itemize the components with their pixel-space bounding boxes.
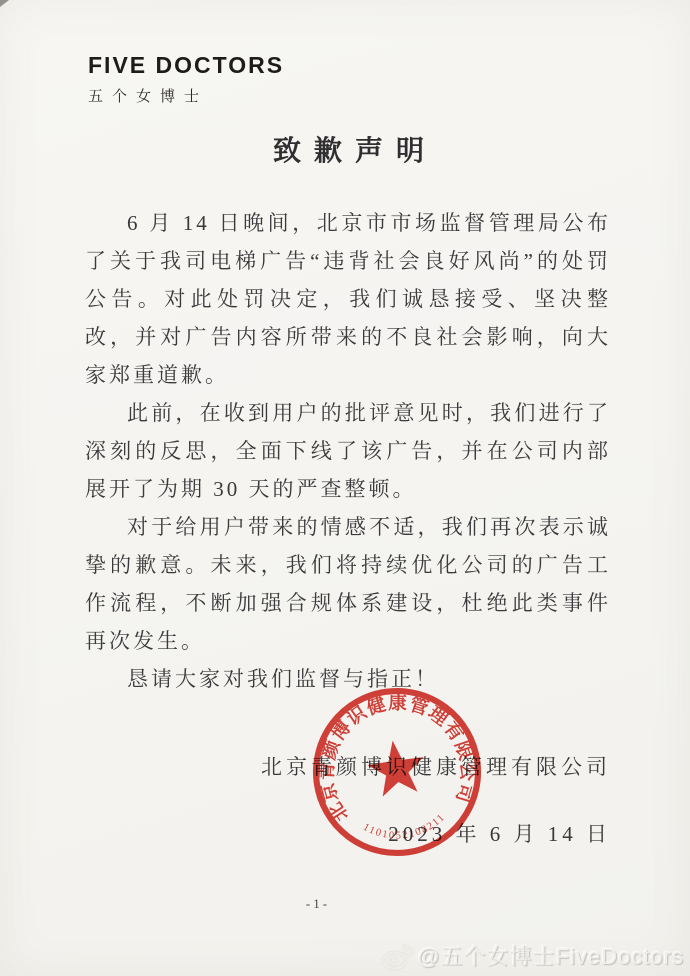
weibo-icon [382, 942, 414, 970]
scan-artifact-corner [0, 0, 9, 7]
signature-block: 北京青颜博识健康管理有限公司 2023 年 6 月 14 日 [261, 751, 611, 848]
signature-company: 北京青颜博识健康管理有限公司 [261, 751, 611, 781]
watermark-text: @五个女博士FiveDoctors [417, 940, 684, 971]
brand-logo-en: FIVE DOCTORS [88, 52, 284, 79]
statement-body: 6 月 14 日晚间，北京市市场监督管理局公布了关于我司电梯广告“违背社会良好风… [85, 204, 611, 698]
paragraph-3: 对于给用户带来的情感不适，我们再次表示诚挚的歉意。未来，我们将持续优化公司的广告… [85, 508, 611, 660]
document-page: FIVE DOCTORS 五个女博士 致歉声明 6 月 14 日晚间，北京市市场… [0, 0, 690, 976]
page-title: 致歉声明 [10, 129, 690, 169]
paragraph-4: 恳请大家对我们监督与指正！ [85, 660, 611, 698]
brand-logo: FIVE DOCTORS 五个女博士 [88, 52, 284, 106]
brand-logo-zh: 五个女博士 [88, 85, 284, 106]
paragraph-2: 此前，在收到用户的批评意见时，我们进行了深刻的反思，全面下线了该广告，并在公司内… [85, 394, 611, 508]
signature-date: 2023 年 6 月 14 日 [261, 818, 611, 848]
weibo-watermark: @五个女博士FiveDoctors [382, 940, 684, 971]
page-number: -1- [0, 896, 663, 912]
paragraph-1: 6 月 14 日晚间，北京市市场监督管理局公布了关于我司电梯广告“违背社会良好风… [85, 204, 611, 394]
